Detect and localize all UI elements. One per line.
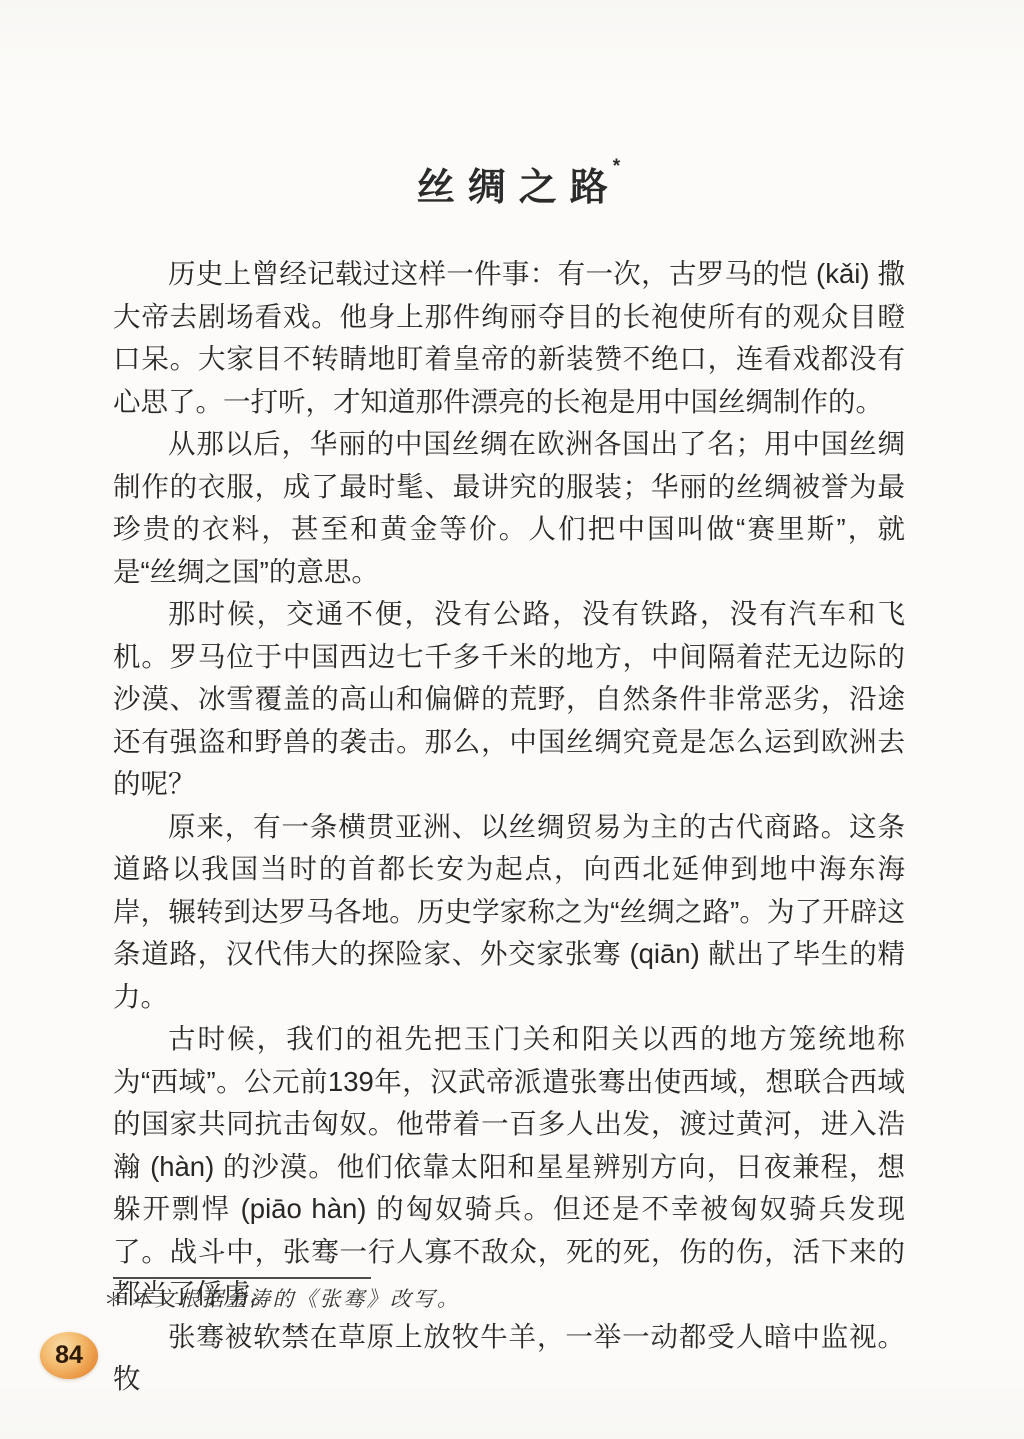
lesson-body: 历史上曾经记载过这样一件事：有一次，古罗马的恺 (kǎi) 撒大帝去剧场看戏。他… <box>113 253 905 1401</box>
paragraph-5: 古时候，我们的祖先把玉门关和阳关以西的地方笼统地称为“西域”。公元前139年，汉… <box>113 1018 905 1316</box>
footnote-reference-marker: * <box>613 156 620 177</box>
footnote-marker: ＊ <box>104 1290 126 1311</box>
page-title: 丝绸之路* <box>0 156 1024 211</box>
textbook-page: 丝绸之路* 历史上曾经记载过这样一件事：有一次，古罗马的恺 (kǎi) 撒大帝去… <box>0 0 1024 1439</box>
paragraph-6: 张骞被软禁在草原上放牧牛羊，一举一动都受人暗中监视。牧 <box>113 1316 905 1401</box>
page-number-badge: 84 <box>40 1332 98 1379</box>
footnote-divider <box>113 1277 371 1279</box>
paragraph-4: 原来，有一条横贯亚洲、以丝绸贸易为主的古代商路。这条道路以我国当时的首都长安为起… <box>113 806 905 1019</box>
page-number: 84 <box>55 1341 83 1370</box>
footnote-text: 本文根据金涛的《张骞》改写。 <box>132 1287 461 1311</box>
paragraph-3: 那时候，交通不便，没有公路，没有铁路，没有汽车和飞机。罗马位于中国西边七千多千米… <box>113 593 905 806</box>
paragraph-1: 历史上曾经记载过这样一件事：有一次，古罗马的恺 (kǎi) 撒大帝去剧场看戏。他… <box>113 253 905 423</box>
title-text: 丝绸之路 <box>417 167 621 209</box>
paragraph-2: 从那以后，华丽的中国丝绸在欧洲各国出了名；用中国丝绸制作的衣服，成了最时髦、最讲… <box>113 423 905 593</box>
footnote: ＊本文根据金涛的《张骞》改写。 <box>104 1284 461 1316</box>
